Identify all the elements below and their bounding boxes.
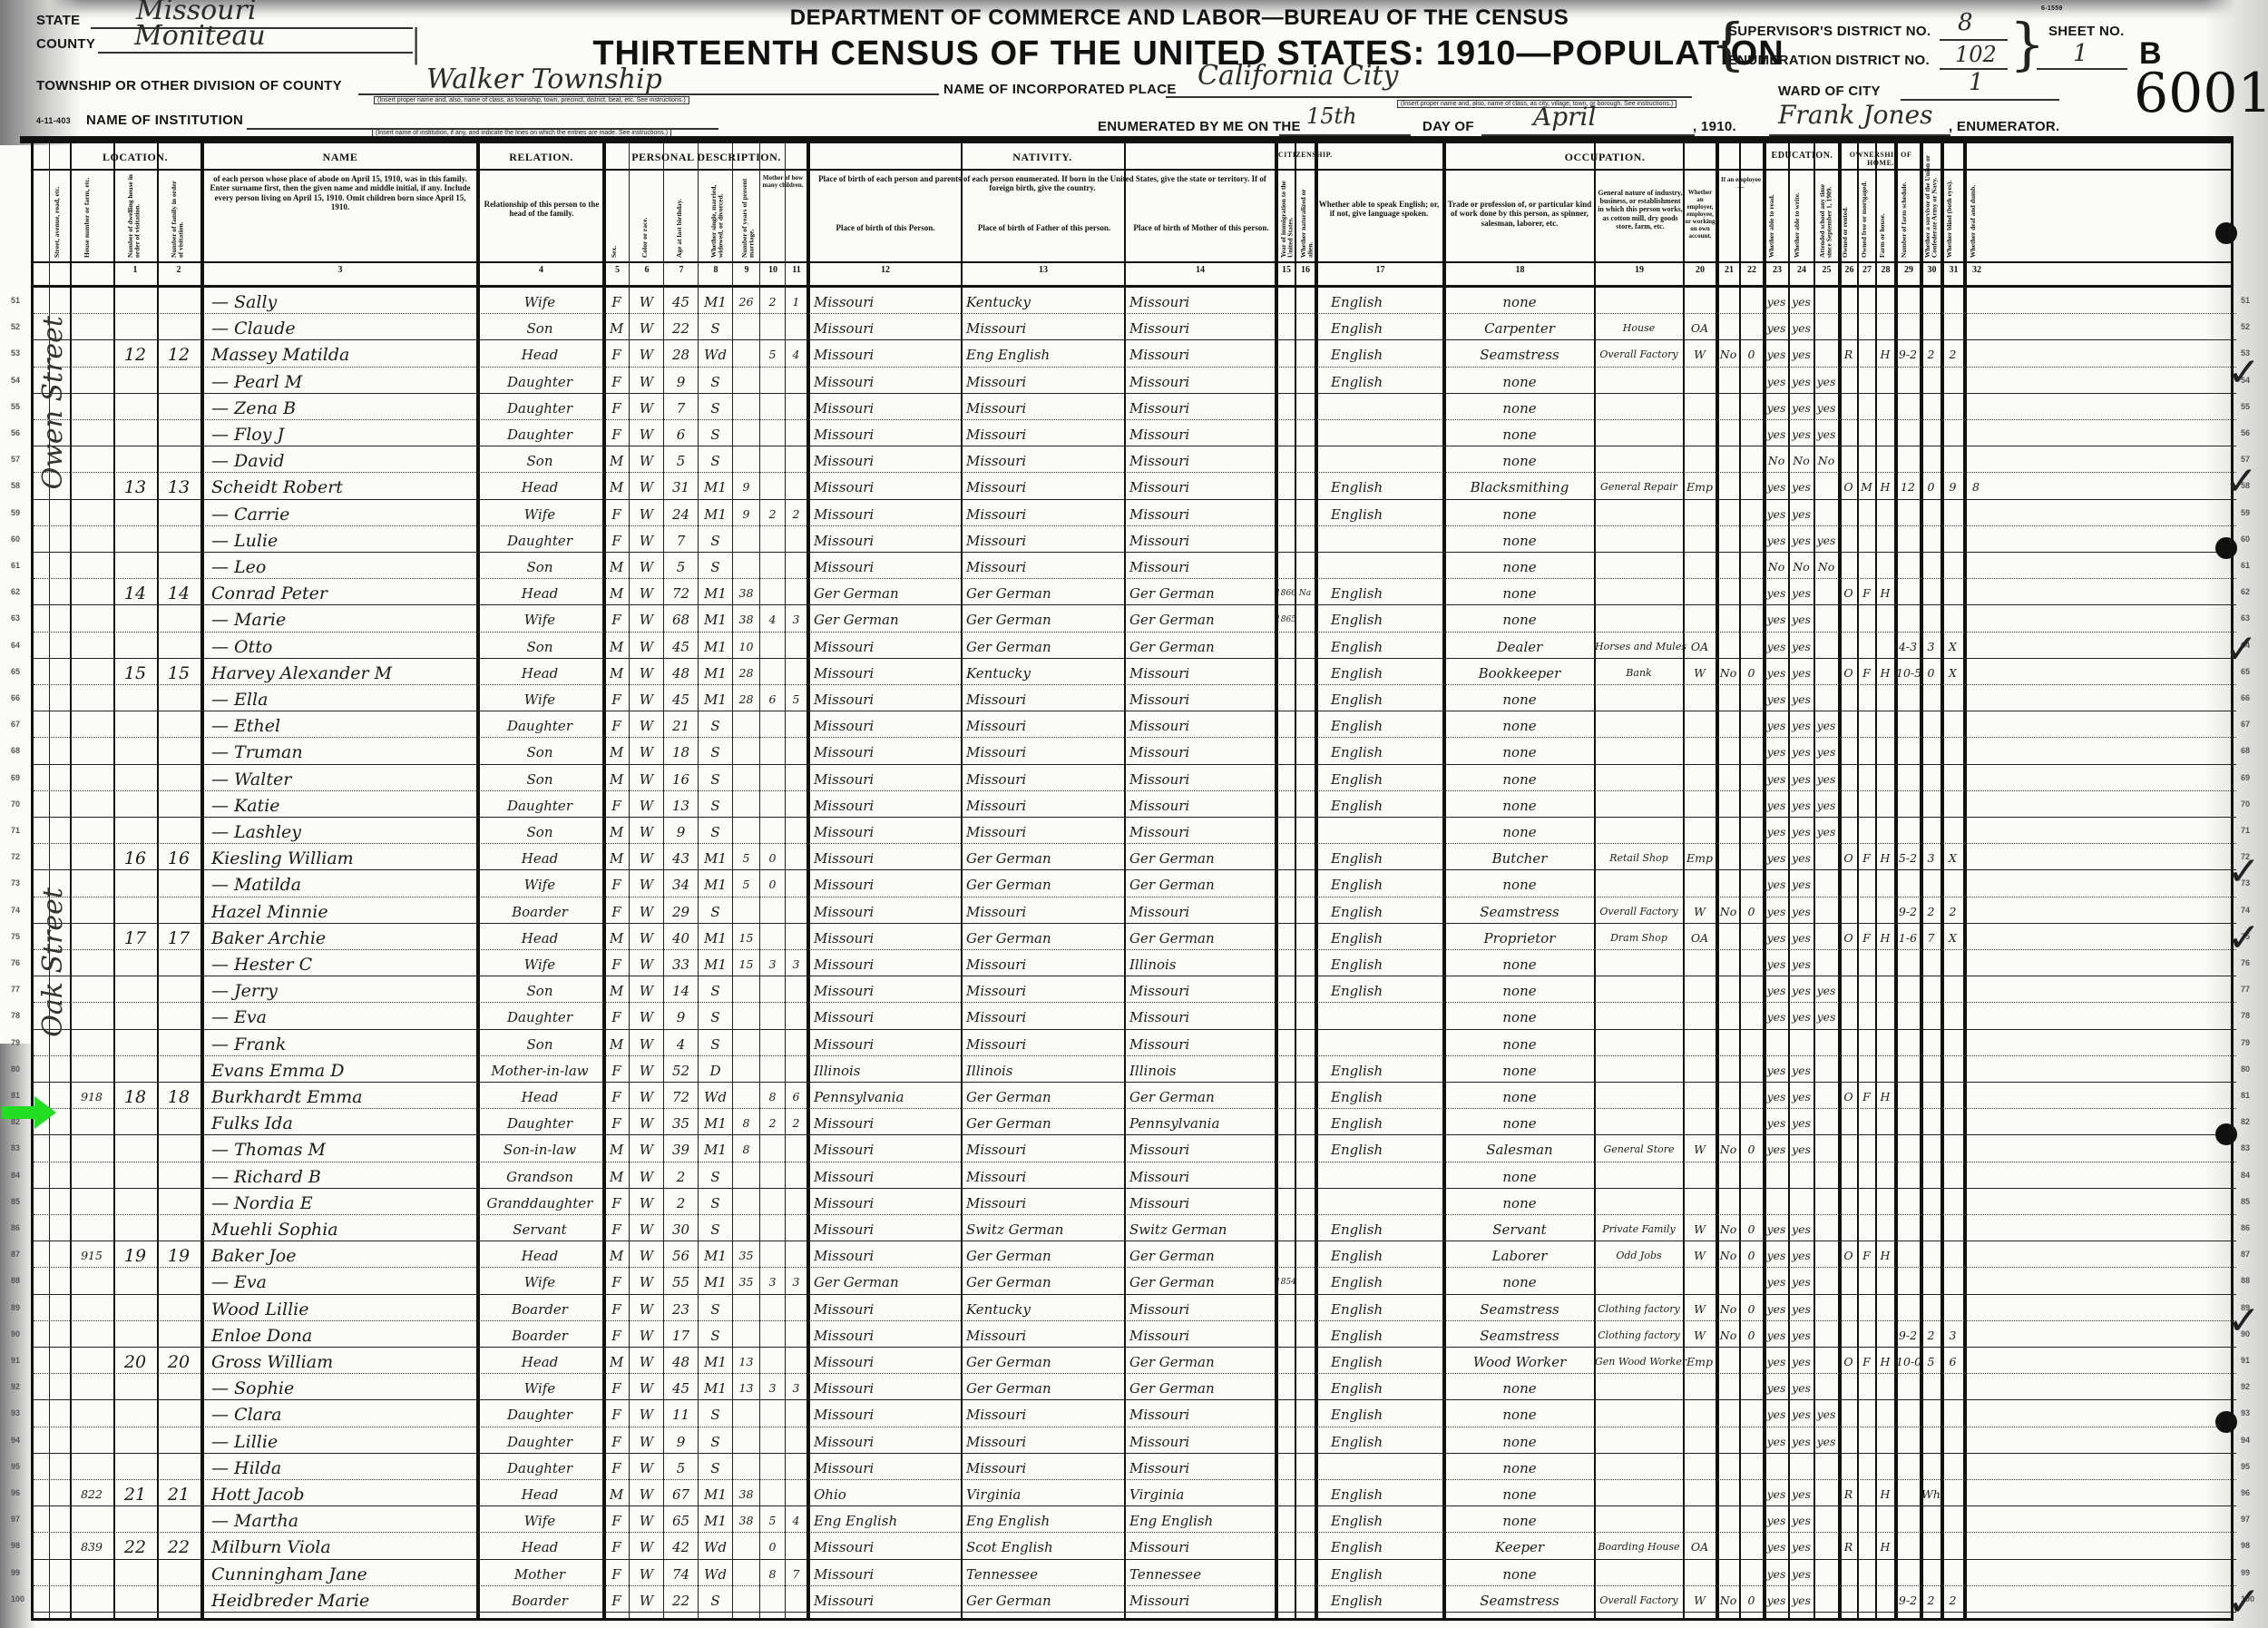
family-number [157, 712, 200, 737]
out-of-work [1717, 1375, 1739, 1399]
sex: F [604, 341, 629, 366]
farm-house [1876, 501, 1894, 525]
sex: F [604, 527, 629, 552]
sex: M [604, 739, 629, 763]
schedule-number [1896, 712, 1920, 737]
family-number [157, 1004, 200, 1028]
family-number: 21 [157, 1481, 200, 1505]
can-read: yes [1765, 606, 1788, 631]
farm-house: H [1876, 845, 1894, 869]
col-num: 26 [1842, 265, 1857, 275]
farm-house: H [1876, 660, 1894, 684]
employment-class [1684, 1163, 1716, 1188]
language: English [1331, 1348, 1440, 1373]
race: W [630, 977, 663, 1002]
employment-class: W [1684, 898, 1716, 923]
can-write: yes [1789, 898, 1813, 923]
race: W [630, 421, 663, 446]
birthplace: Missouri [814, 925, 959, 949]
children-living: 2 [786, 1110, 807, 1134]
industry [1595, 1455, 1683, 1479]
col-30 [1921, 1031, 1941, 1055]
occupation: none [1445, 527, 1594, 552]
col-31 [1942, 1481, 1963, 1505]
house-number [70, 1110, 113, 1134]
farm-house [1876, 289, 1894, 313]
house-number [70, 421, 113, 446]
years-married [733, 1534, 759, 1558]
father-birthplace: Missouri [966, 819, 1122, 843]
children-living: 2 [786, 501, 807, 525]
relation: Wife [478, 871, 601, 896]
table-row: — Matilda Wife F W 34 M1 5 0 Missouri Ge… [34, 871, 2236, 897]
attended-school [1814, 1348, 1838, 1373]
line-number: 96 [11, 1488, 20, 1497]
children-born [760, 1136, 785, 1161]
birth-father-header: Place of birth of Father of this person. [966, 223, 1122, 232]
attended-school: yes [1814, 819, 1838, 843]
col-31 [1942, 1534, 1963, 1558]
mother-birthplace: Ger German [1129, 1375, 1273, 1399]
incorporated-place-value: California City [1198, 60, 1398, 92]
table-row: — Pearl M Daughter F W 9 S Missouri Miss… [34, 368, 2236, 394]
attended-school [1814, 1110, 1838, 1134]
line-number: 94 [2241, 1436, 2250, 1445]
children-born: 2 [760, 1110, 785, 1134]
line-number: 51 [2241, 296, 2250, 305]
language [1331, 1190, 1440, 1214]
attended-school [1814, 925, 1838, 949]
col-num: 28 [1877, 265, 1894, 275]
immigration-year [1276, 1455, 1295, 1479]
mother-birthplace: Ger German [1129, 1348, 1273, 1373]
col-30: 2 [1921, 1322, 1941, 1347]
table-row: — Marie Wife F W 68 M1 38 4 3 Ger German… [34, 606, 2236, 632]
sex: M [604, 1163, 629, 1188]
house-number [70, 1163, 113, 1188]
race: W [630, 554, 663, 578]
can-read: No [1765, 554, 1788, 578]
mother-birthplace: Ger German [1129, 606, 1273, 631]
race: W [630, 606, 663, 631]
col-31 [1942, 1296, 1963, 1320]
employment-class: OA [1684, 633, 1716, 658]
race: W [630, 1136, 663, 1161]
mother-birthplace: Missouri [1129, 1190, 1273, 1214]
owned-rented [1840, 1057, 1857, 1082]
birthplace: Missouri [814, 1296, 959, 1320]
dwelling-number [113, 1136, 157, 1161]
occupation: none [1445, 1481, 1594, 1505]
farm-house: H [1876, 925, 1894, 949]
children-living [786, 819, 807, 843]
race: W [630, 580, 663, 604]
children-living [786, 1242, 807, 1267]
col-30: Wh [1921, 1481, 1941, 1505]
farm-house [1876, 1401, 1894, 1426]
schedule-number [1896, 1455, 1920, 1479]
occupation: Wood Worker [1445, 1348, 1594, 1373]
table-row: 918 18 18 Burkhardt Emma Head F W 72 Wd … [34, 1084, 2236, 1109]
free-mortgaged [1858, 951, 1875, 976]
employment-class: W [1684, 1296, 1716, 1320]
free-mortgaged [1858, 898, 1875, 923]
table-row: — Ella Wife F W 45 M1 28 6 5 Missouri Mi… [34, 686, 2236, 711]
col-32 [1965, 1242, 1987, 1267]
col-30 [1921, 554, 1941, 578]
can-read: yes [1765, 1534, 1788, 1558]
free-mortgaged [1858, 501, 1875, 525]
language: English [1331, 633, 1440, 658]
can-write: yes [1789, 1348, 1813, 1373]
race: W [630, 1004, 663, 1028]
can-read: yes [1765, 1296, 1788, 1320]
industry [1595, 1057, 1683, 1082]
mother-birthplace: Ger German [1129, 1084, 1273, 1108]
farm-house [1876, 1163, 1894, 1188]
dwelling-number [113, 395, 157, 419]
industry: Odd Jobs [1595, 1242, 1683, 1267]
sex: F [604, 1534, 629, 1558]
can-write: yes [1789, 395, 1813, 419]
free-mortgaged [1858, 606, 1875, 631]
attended-school: yes [1814, 1401, 1838, 1426]
naturalization [1295, 1401, 1315, 1426]
house-number [70, 1031, 113, 1055]
out-of-work [1717, 871, 1739, 896]
house-header: House number or farm, etc. [83, 174, 91, 258]
marital-status: M1 [699, 1348, 732, 1373]
line-number: 52 [11, 322, 20, 331]
col-32 [1965, 1375, 1987, 1399]
col-32 [1965, 871, 1987, 896]
can-write: yes [1789, 341, 1813, 366]
language: English [1331, 925, 1440, 949]
industry: General Repair [1595, 474, 1683, 498]
sex: F [604, 1507, 629, 1532]
col-32 [1965, 1296, 1987, 1320]
free-mortgaged [1858, 686, 1875, 711]
race: W [630, 1481, 663, 1505]
out-of-work [1717, 421, 1739, 446]
col-num: 6 [631, 265, 663, 275]
line-number: 54 [11, 376, 20, 385]
can-read: yes [1765, 1428, 1788, 1453]
occupation: Seamstress [1445, 1322, 1594, 1347]
owned-rented [1840, 712, 1857, 737]
birthplace: Missouri [814, 1004, 959, 1028]
relation: Son [478, 977, 601, 1002]
line-number: 86 [2241, 1223, 2250, 1232]
years-married: 35 [733, 1269, 759, 1293]
dwelling-number [113, 686, 157, 711]
line-number: 84 [11, 1171, 20, 1180]
col-num: 18 [1446, 265, 1594, 275]
line-number: 78 [11, 1011, 20, 1020]
person-name: Harvey Alexander M [211, 660, 474, 684]
marital-status: S [699, 395, 732, 419]
farm-house [1876, 739, 1894, 763]
schedule-number [1896, 289, 1920, 313]
dwelling-number [113, 554, 157, 578]
naturalization [1295, 1110, 1315, 1134]
schedule-number [1896, 739, 1920, 763]
marital-status: S [699, 368, 732, 393]
line-number: 88 [11, 1276, 20, 1285]
children-living [786, 977, 807, 1002]
schedule-number [1896, 1110, 1920, 1134]
years-married [733, 792, 759, 817]
race: W [630, 792, 663, 817]
township-note: (Insert proper name and, also, name of c… [374, 96, 689, 104]
out-of-work [1717, 368, 1739, 393]
table-row: 16 16 Kiesling William Head M W 43 M1 5 … [34, 845, 2236, 870]
children-born [760, 898, 785, 923]
birthplace: Missouri [814, 554, 959, 578]
children-living: 5 [786, 686, 807, 711]
owned-rented [1840, 766, 1857, 790]
language: English [1331, 1375, 1440, 1399]
person-name: — Ella [211, 686, 474, 711]
out-of-work [1717, 766, 1739, 790]
relation: Daughter [478, 527, 601, 552]
col-30 [1921, 606, 1941, 631]
children-living [786, 395, 807, 419]
can-read: yes [1765, 766, 1788, 790]
schedule-number [1896, 686, 1920, 711]
can-write: yes [1789, 1110, 1813, 1134]
weeks-out [1740, 1455, 1763, 1479]
occupation: none [1445, 792, 1594, 817]
person-name: — Carrie [211, 501, 474, 525]
owned-rented [1840, 1136, 1857, 1161]
col-num: 21 [1719, 265, 1739, 275]
dwelling-number [113, 1269, 157, 1293]
race: W [630, 633, 663, 658]
schedule-number [1896, 1561, 1920, 1585]
sex: M [604, 447, 629, 472]
schedule-number [1896, 1216, 1920, 1241]
naturalization [1295, 368, 1315, 393]
can-write: yes [1789, 1057, 1813, 1082]
mother-birthplace: Missouri [1129, 395, 1273, 419]
enumerated-label: ENUMERATED BY ME ON THE [1098, 119, 1301, 134]
dwelling-number [113, 871, 157, 896]
can-read: yes [1765, 819, 1788, 843]
years-married [733, 1031, 759, 1055]
children-born [760, 368, 785, 393]
naturalization [1295, 606, 1315, 631]
employment-class [1684, 1110, 1716, 1134]
schedule-number [1896, 977, 1920, 1002]
weeks-out [1740, 1269, 1763, 1293]
marital-status: M1 [699, 1269, 732, 1293]
col-32 [1965, 1163, 1987, 1188]
age: 42 [664, 1534, 698, 1558]
marital-status: M1 [699, 951, 732, 976]
line-number: 99 [2241, 1568, 2250, 1577]
weeks-out [1740, 686, 1763, 711]
occupation: Seamstress [1445, 341, 1594, 366]
race: W [630, 1084, 663, 1108]
language: English [1331, 1587, 1440, 1612]
schedule-number [1896, 501, 1920, 525]
person-name: Milburn Viola [211, 1534, 474, 1558]
dwelling-number [113, 739, 157, 763]
free-mortgaged [1858, 1216, 1875, 1241]
free-mortgaged: F [1858, 1348, 1875, 1373]
supervisor-value: 8 [1958, 9, 1973, 36]
language: English [1331, 660, 1440, 684]
marital-status: S [699, 1587, 732, 1612]
language: English [1331, 1216, 1440, 1241]
children-living [786, 474, 807, 498]
birthplace: Missouri [814, 1031, 959, 1055]
col-32 [1965, 447, 1987, 472]
race: W [630, 395, 663, 419]
col-32 [1965, 686, 1987, 711]
immigration-year [1276, 1136, 1295, 1161]
weeks-out: 0 [1740, 1242, 1763, 1267]
race: W [630, 1057, 663, 1082]
race: W [630, 951, 663, 976]
nativity-instructions: Place of birth of each person and parent… [814, 174, 1271, 193]
house-number: 822 [70, 1481, 113, 1505]
age: 48 [664, 660, 698, 684]
col-num: 11 [787, 265, 807, 275]
col-num: 20 [1685, 265, 1716, 275]
can-write: yes [1789, 1269, 1813, 1293]
naturalization [1295, 501, 1315, 525]
person-name: — Hilda [211, 1455, 474, 1479]
family-number [157, 1322, 200, 1347]
mother-birthplace: Missouri [1129, 368, 1273, 393]
owned-rented [1840, 395, 1857, 419]
birthplace: Ger German [814, 580, 959, 604]
race: W [630, 739, 663, 763]
immigration-year [1276, 1322, 1295, 1347]
children-born: 0 [760, 845, 785, 869]
school-header: Attended school any time since September… [1819, 174, 1833, 258]
family-number [157, 1110, 200, 1134]
attended-school [1814, 1534, 1838, 1558]
father-birthplace: Ger German [966, 1348, 1122, 1373]
out-of-work [1717, 1507, 1739, 1532]
immigration-year [1276, 1163, 1295, 1188]
years-married [733, 368, 759, 393]
line-number: 66 [11, 693, 20, 702]
occupation: none [1445, 712, 1594, 737]
sex: F [604, 289, 629, 313]
relation: Head [478, 1084, 601, 1108]
relation: Boarder [478, 898, 601, 923]
can-read: yes [1765, 1401, 1788, 1426]
family-number: 13 [157, 474, 200, 498]
line-number: 75 [11, 932, 20, 941]
can-read: yes [1765, 395, 1788, 419]
children-born [760, 447, 785, 472]
occupation: none [1445, 1428, 1594, 1453]
col-31 [1942, 368, 1963, 393]
race: W [630, 447, 663, 472]
immigration-year [1276, 1507, 1295, 1532]
out-of-work [1717, 977, 1739, 1002]
table-row: — Richard B Grandson M W 2 S Missouri Mi… [34, 1163, 2236, 1189]
family-number [157, 1428, 200, 1453]
employment-class [1684, 792, 1716, 817]
birthplace: Missouri [814, 739, 959, 763]
line-number: 100 [11, 1594, 24, 1603]
col-31 [1942, 606, 1963, 631]
weeks-out: 0 [1740, 1216, 1763, 1241]
col-32 [1965, 739, 1987, 763]
farm-house [1876, 1269, 1894, 1293]
street-name-oak: Oak Street [37, 888, 69, 1037]
family-number [157, 368, 200, 393]
owned-rented [1840, 686, 1857, 711]
sex: F [604, 1057, 629, 1082]
children-born [760, 1428, 785, 1453]
owned-rented [1840, 1455, 1857, 1479]
mother-birthplace: Ger German [1129, 925, 1273, 949]
house-number: 839 [70, 1534, 113, 1558]
industry [1595, 1190, 1683, 1214]
children-living [786, 1296, 807, 1320]
owned-rented [1840, 739, 1857, 763]
col-30 [1921, 501, 1941, 525]
weeks-out [1740, 1348, 1763, 1373]
children-born: 0 [760, 1534, 785, 1558]
sex: M [604, 766, 629, 790]
col-num: 24 [1790, 265, 1813, 275]
owned-rented: R [1840, 1534, 1857, 1558]
line-number: 74 [11, 906, 20, 915]
mother-birthplace: Switz German [1129, 1216, 1273, 1241]
schedule-number [1896, 766, 1920, 790]
years-married: 38 [733, 606, 759, 631]
col-30 [1921, 1296, 1941, 1320]
language: English [1331, 1507, 1440, 1532]
language: English [1331, 580, 1440, 604]
out-of-work [1717, 447, 1739, 472]
line-number: 58 [11, 481, 20, 490]
marital-status: M1 [699, 501, 732, 525]
dwelling-number: 19 [113, 1242, 157, 1267]
marital-status: S [699, 1322, 732, 1347]
race: W [630, 1163, 663, 1188]
col-num: 25 [1815, 265, 1838, 275]
father-birthplace: Kentucky [966, 1296, 1122, 1320]
father-birthplace: Missouri [966, 1031, 1122, 1055]
attended-school [1814, 1296, 1838, 1320]
can-read [1765, 1031, 1788, 1055]
language: English [1331, 1481, 1440, 1505]
race: W [630, 1401, 663, 1426]
line-number: 72 [11, 852, 20, 861]
schedule-number [1896, 1004, 1920, 1028]
age: 7 [664, 527, 698, 552]
language [1331, 819, 1440, 843]
employment-class [1684, 1084, 1716, 1108]
house-number [70, 792, 113, 817]
farm-house [1876, 1031, 1894, 1055]
children-living [786, 1455, 807, 1479]
col-31 [1942, 1561, 1963, 1585]
col-30 [1921, 1216, 1941, 1241]
occupation: none [1445, 421, 1594, 446]
person-name: Hazel Minnie [211, 898, 474, 923]
col-32 [1965, 606, 1987, 631]
